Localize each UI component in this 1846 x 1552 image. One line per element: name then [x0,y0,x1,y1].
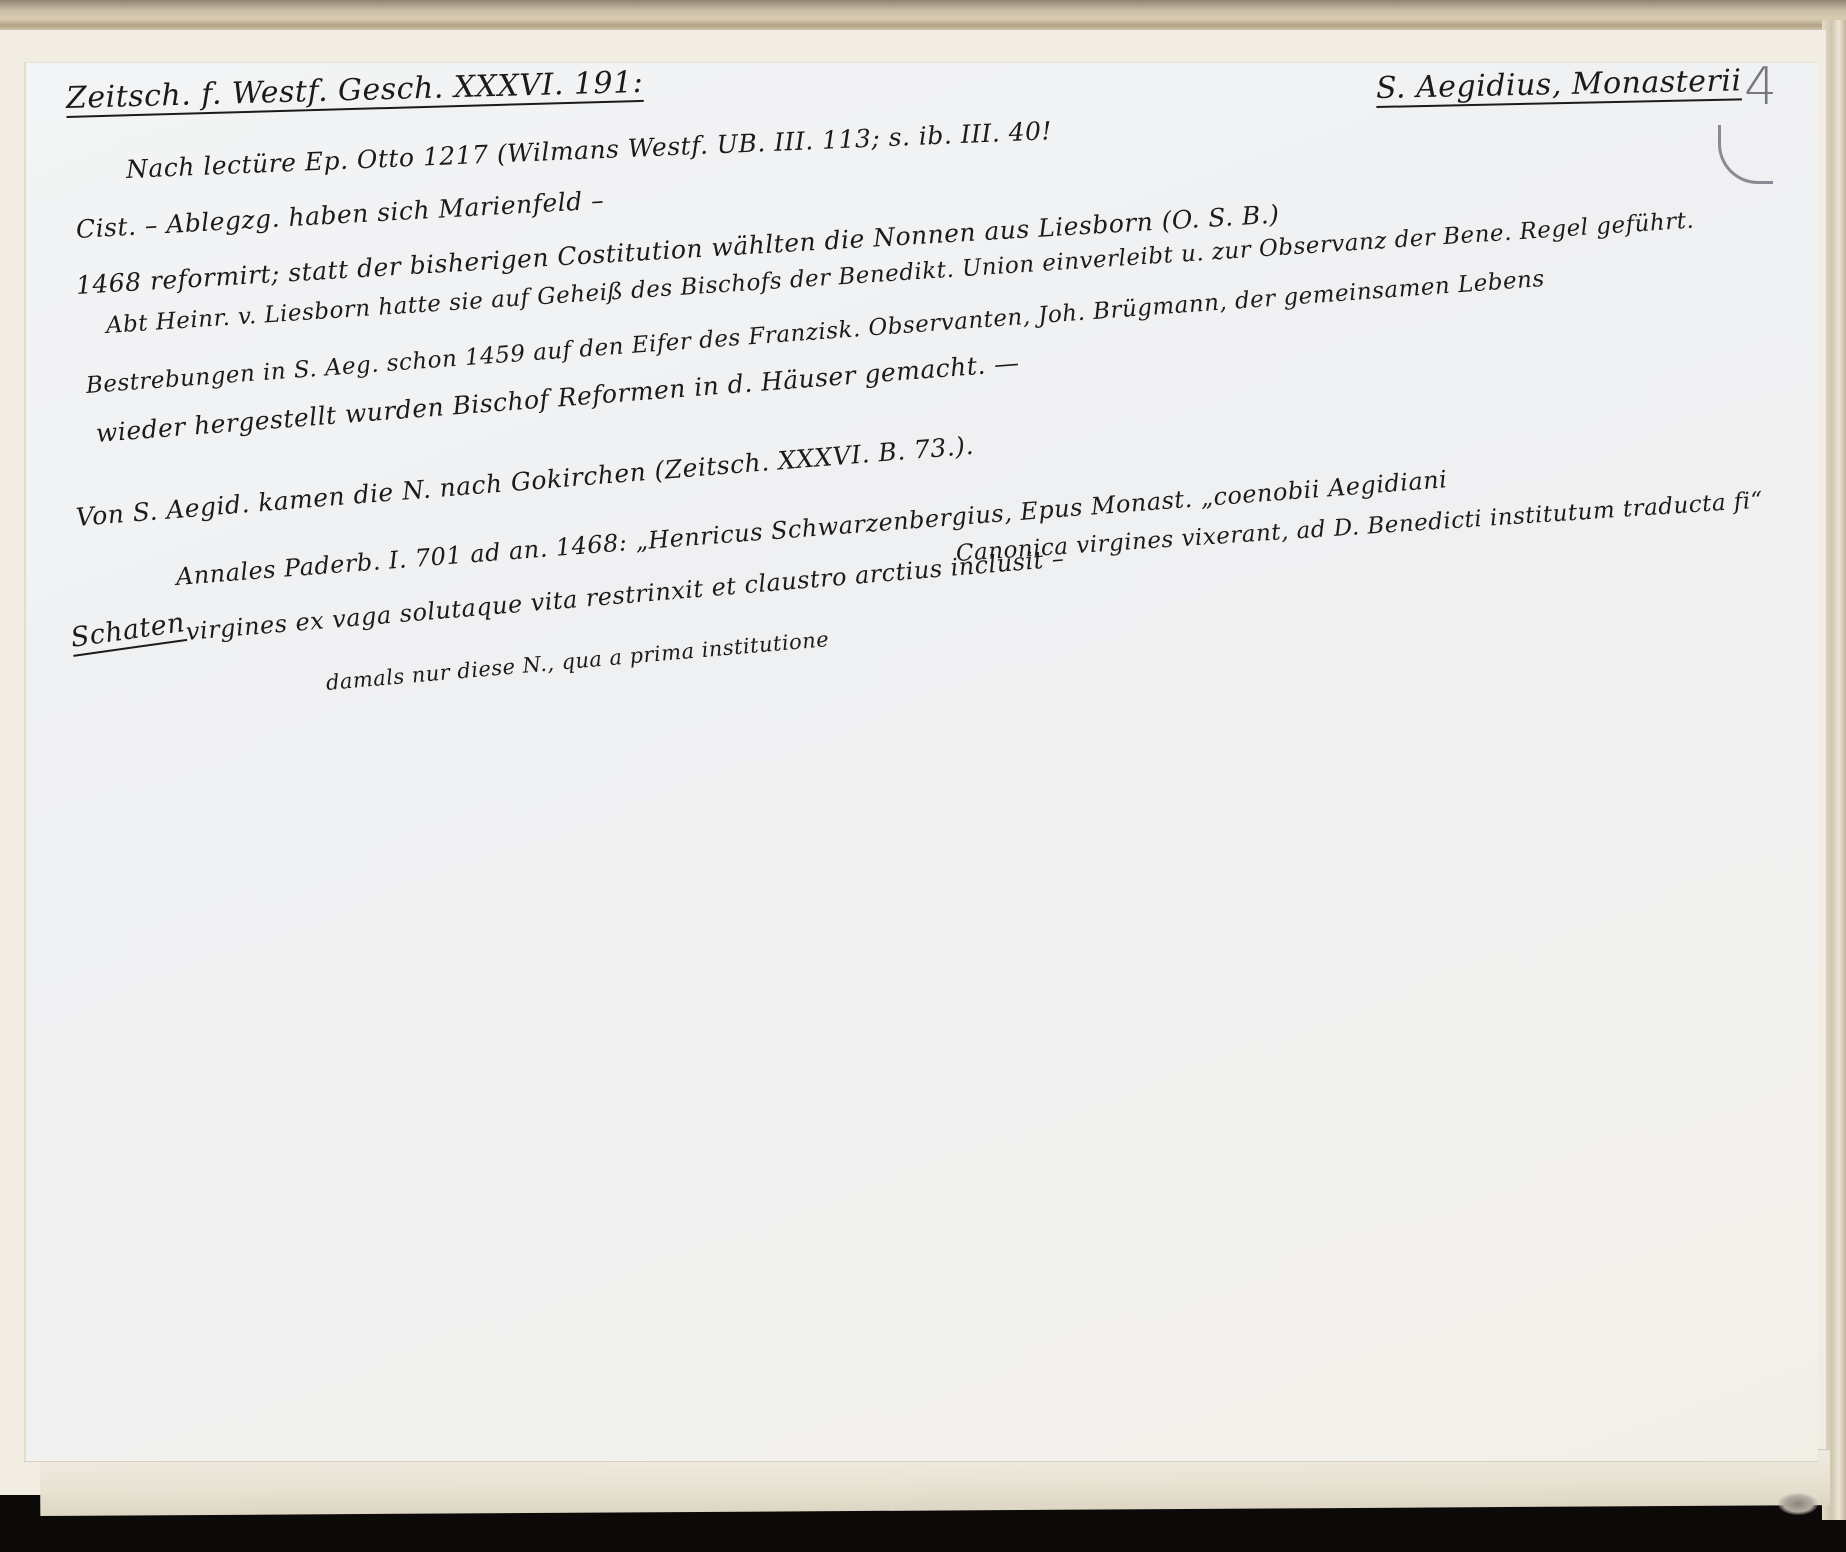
paper-stack-top-edge [0,0,1846,34]
scan-scene: Zeitsch. f. Westf. Gesch. XXXVI. 191: S.… [0,0,1846,1552]
ink-stain [1778,1493,1818,1515]
text-line-2: Cist. – Ablegzg. haben sich Marienfeld – [75,186,605,244]
note-card: Zeitsch. f. Westf. Gesch. XXXVI. 191: S.… [24,62,1818,1461]
text-line-11: damals nur diese N., qua a prima institu… [325,627,830,695]
text-line-1: Nach lectüre Ep. Otto 1217 (Wilmans West… [125,116,1052,184]
card-number: 4 [1744,57,1778,117]
pencil-bracket-mark [1718,125,1773,184]
margin-note-schaten: Schaten [69,607,187,654]
subject-heading: S. Aegidius, Monasterii [1376,63,1742,106]
source-citation-heading: Zeitsch. f. Westf. Gesch. XXXVI. 191: [66,65,644,116]
